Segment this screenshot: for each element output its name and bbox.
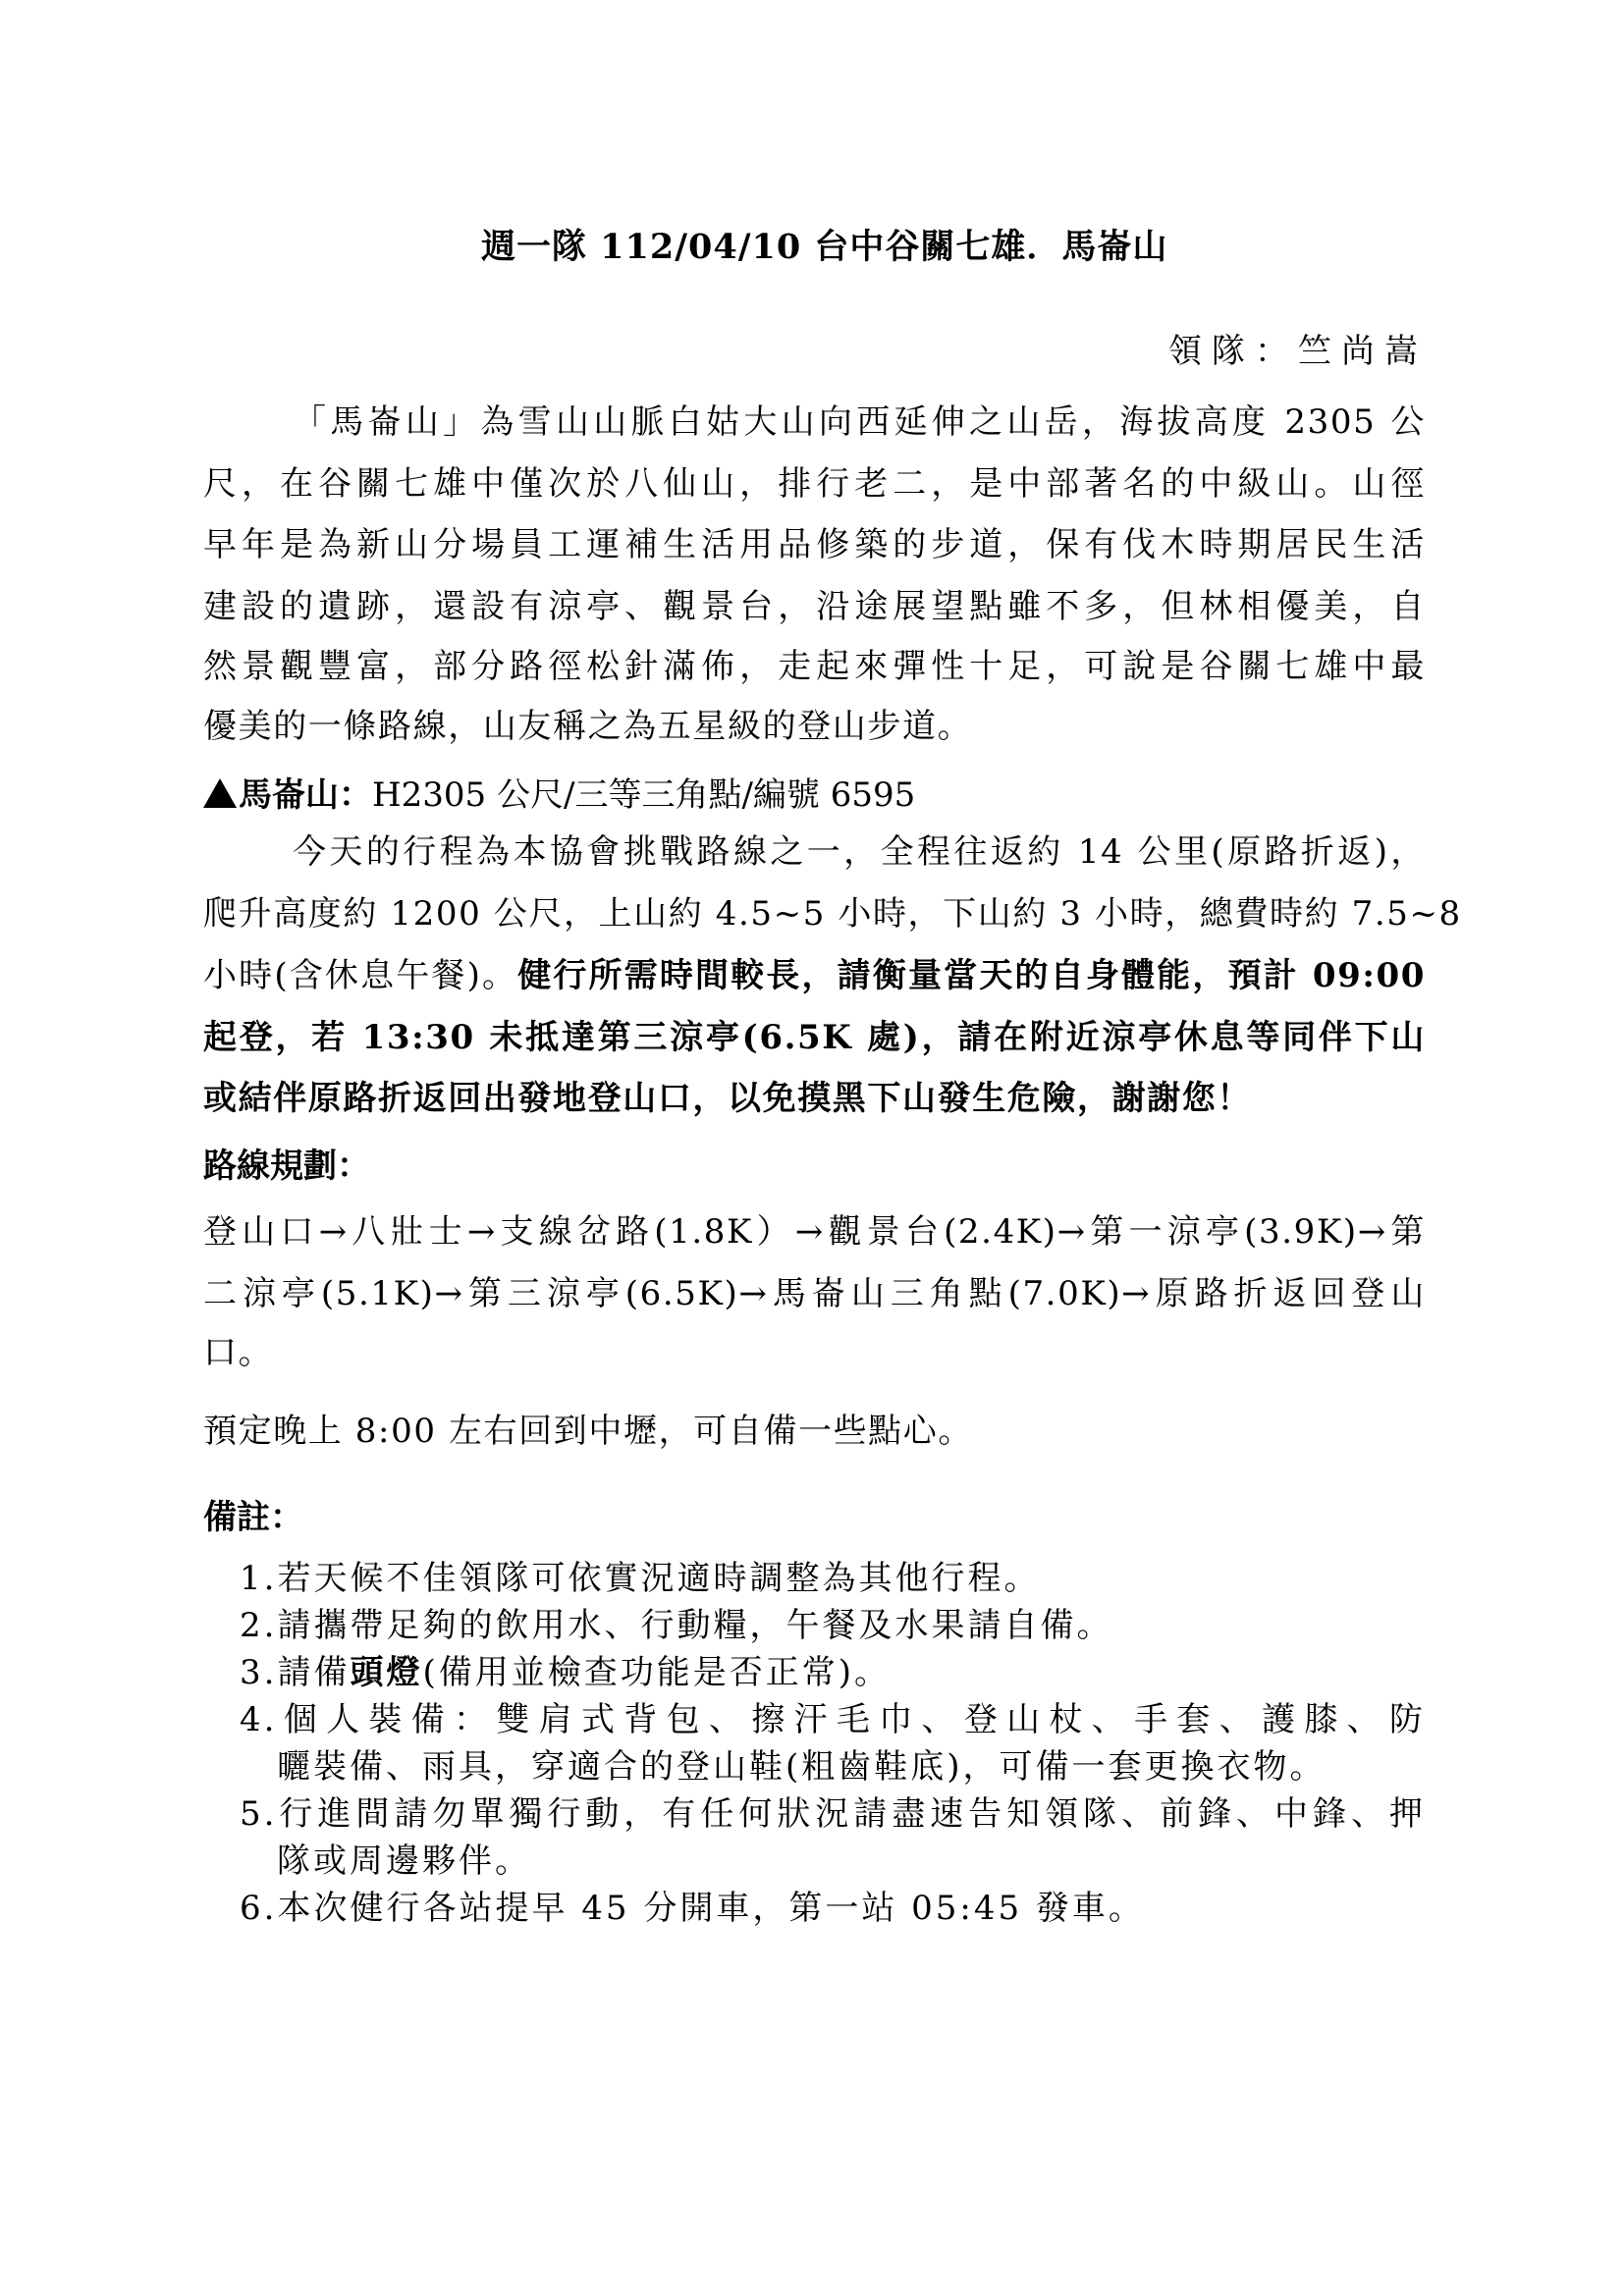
- document-title: 週一隊 112/04/10 台中谷關七雄．馬崙山: [481, 220, 1167, 269]
- remark-item-1: 1.若天候不佳領隊可依實況適時調整為其他行程。: [240, 1551, 1426, 1599]
- remark-item-4-continued: 曬裝備、雨具，穿適合的登山鞋(粗齒鞋底)，可備一套更換衣物。: [277, 1739, 1426, 1788]
- route-line: 口。: [203, 1325, 1426, 1373]
- peak-name: 馬崙山：: [239, 775, 372, 815]
- peak-info: 馬崙山：H2305 公尺/三等三角點/編號 6595: [203, 768, 915, 816]
- intro-line: 優美的一條路線，山友稱之為五星級的登山步道。: [203, 699, 1426, 747]
- itinerary-line: 爬升高度約 1200 公尺，上山約 4.5~5 小時，下山約 3 小時，總費時約…: [203, 886, 1426, 934]
- itinerary-warning-text: 健行所需時間較長，請衡量當天的自身體能，預計 09:00: [517, 956, 1426, 995]
- itinerary-warning-line: 起登，若 13:30 未抵達第三涼亭(6.5K 處)，請在附近涼亭休息等同伴下山: [203, 1010, 1426, 1058]
- itinerary-warning-line: 或結伴原路折返回出發地登山口，以免摸黑下山發生危險，謝謝您！: [203, 1071, 1426, 1119]
- itinerary-line: 今天的行程為本協會挑戰路線之一，全程往返約 14 公里(原路折返)，: [203, 825, 1426, 873]
- remark-item-4: 4.個人裝備：雙肩式背包、擦汗毛巾、登山杖、手套、護膝、防: [240, 1692, 1426, 1740]
- route-line: 登山口→八壯士→支線岔路(1.8K）→觀景台(2.4K)→第一涼亭(3.9K)→…: [203, 1204, 1426, 1253]
- document-page: 週一隊 112/04/10 台中谷關七雄．馬崙山 領隊：竺尚嵩 「馬崙山」為雪山…: [0, 0, 1624, 2296]
- leader-name: 領隊：竺尚嵩: [1168, 324, 1428, 372]
- remark-item-2: 2.請攜帶足夠的飲用水、行動糧，午餐及水果請自備。: [240, 1598, 1426, 1646]
- route-heading: 路線規劃：: [203, 1139, 370, 1187]
- remark-item-5: 5.行進間請勿單獨行動，有任何狀況請盡速告知領隊、前鋒、中鋒、押: [240, 1787, 1426, 1835]
- return-note: 預定晚上 8:00 左右回到中壢，可自備一些點心。: [203, 1404, 1426, 1452]
- itinerary-normal-text: 小時(含休息午餐)。: [203, 956, 517, 995]
- intro-line: 然景觀豐富，部分路徑松針滿佈，走起來彈性十足，可說是谷關七雄中最: [203, 639, 1426, 687]
- remark-text: (備用並檢查功能是否正常)。: [422, 1653, 891, 1692]
- triangle-marker-icon: [203, 778, 237, 808]
- intro-line: 「馬崙山」為雪山山脈白姑大山向西延伸之山岳，海拔高度 2305 公: [203, 395, 1426, 443]
- intro-line: 早年是為新山分場員工運補生活用品修築的步道，保有伐木時期居民生活: [203, 517, 1426, 565]
- remarks-heading: 備註：: [203, 1490, 303, 1538]
- route-line: 二涼亭(5.1K)→第三涼亭(6.5K)→馬崙山三角點(7.0K)→原路折返回登…: [203, 1266, 1426, 1314]
- remark-text: 3.請備: [240, 1653, 350, 1692]
- intro-line: 尺，在谷關七雄中僅次於八仙山，排行老二，是中部著名的中級山。山徑: [203, 456, 1426, 505]
- intro-line: 建設的遺跡，還設有涼亭、觀景台，沿途展望點雖不多，但林相優美，自: [203, 579, 1426, 627]
- remark-item-3: 3.請備頭燈(備用並檢查功能是否正常)。: [240, 1645, 1426, 1693]
- remark-item-5-continued: 隊或周邊夥伴。: [277, 1834, 1426, 1882]
- remark-item-6: 6.本次健行各站提早 45 分開車，第一站 05:45 發車。: [240, 1881, 1426, 1929]
- remark-bold-text: 頭燈: [350, 1653, 422, 1692]
- itinerary-line: 小時(含休息午餐)。健行所需時間較長，請衡量當天的自身體能，預計 09:00: [203, 948, 1426, 996]
- peak-details: H2305 公尺/三等三角點/編號 6595: [372, 775, 915, 815]
